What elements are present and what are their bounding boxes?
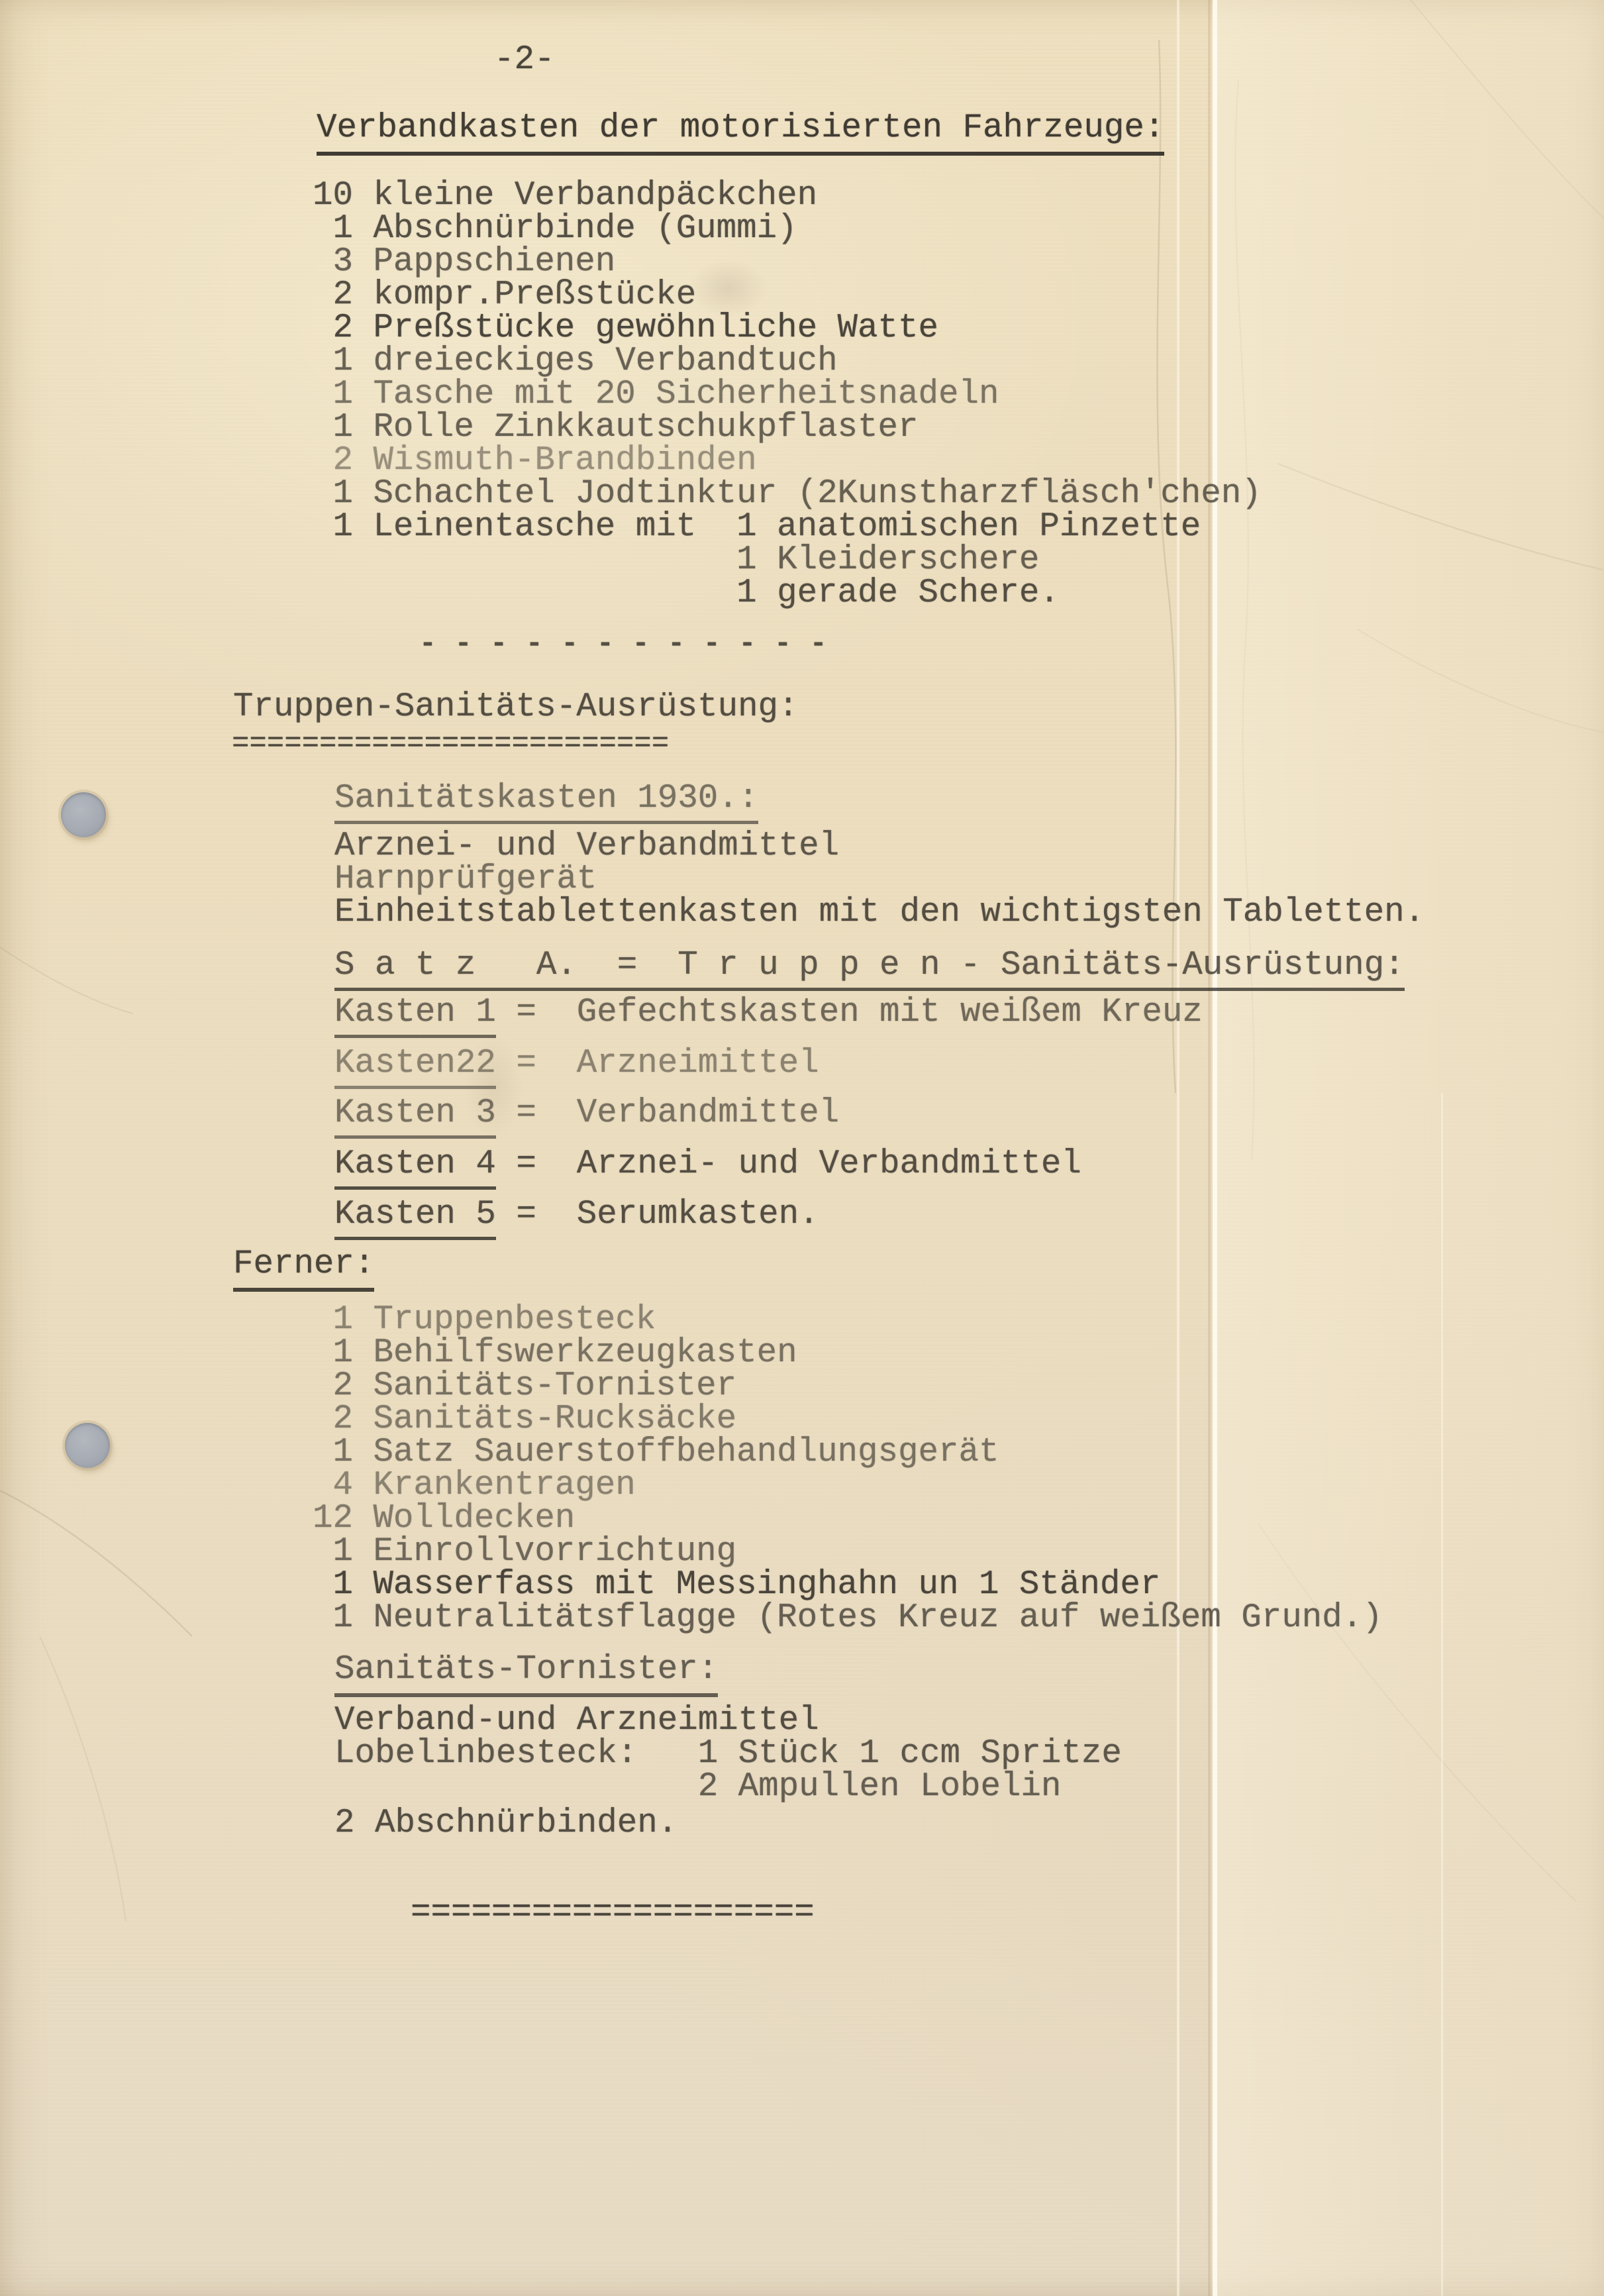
end-separator: ==================== bbox=[411, 1897, 815, 1930]
kasten-value: = Arznei- und Verbandmittel bbox=[496, 1145, 1081, 1183]
ferner-item: 1 Behilfswerkzeugkasten bbox=[313, 1337, 797, 1371]
ferner-item: 1 Truppenbesteck bbox=[313, 1304, 656, 1337]
kit-item: 1 Abschnürbinde (Gummi) bbox=[313, 213, 797, 246]
page-number: -2- bbox=[494, 44, 554, 78]
kasten-row: Kasten 3 = Verbandmittel bbox=[334, 1097, 839, 1139]
double-rule: ========================= bbox=[232, 729, 669, 758]
hole-punch-bottom bbox=[65, 1423, 110, 1468]
ferner-item: 12 Wolldecken bbox=[313, 1502, 575, 1536]
kit-item: 1 gerade Schere. bbox=[313, 577, 1060, 611]
vertical-fold-shadow bbox=[1208, 0, 1211, 2296]
ferner-item: 2 Sanitäts-Tornister bbox=[313, 1370, 736, 1404]
ferner-item: 1 Neutralitätsflagge (Rotes Kreuz auf we… bbox=[313, 1602, 1383, 1636]
kit-item: 1 Rolle Zinkkautschukpflaster bbox=[313, 411, 919, 445]
kit-item: 3 Pappschienen bbox=[313, 246, 615, 280]
kasten-label: Kasten 4 bbox=[334, 1148, 496, 1190]
kasten-row: Kasten 5 = Serumkasten. bbox=[334, 1198, 819, 1240]
kit-item: 2 Wismuth-Brandbinden bbox=[313, 444, 757, 478]
kasten-label: Kasten 3 bbox=[334, 1097, 496, 1139]
scanned-document-page: -2- Verbandkasten der motorisierten Fahr… bbox=[0, 0, 1604, 2296]
section-heading-verbandkasten: Verbandkasten der motorisierten Fahrzeug… bbox=[317, 112, 1164, 156]
kasten-row: Kasten 4 = Arznei- und Verbandmittel bbox=[334, 1148, 1081, 1190]
subheading-ferner: Ferner: bbox=[233, 1248, 374, 1292]
fold-lightened-zone bbox=[1217, 0, 1604, 2296]
dashed-separator: - - - - - - - - - - - - bbox=[419, 629, 828, 658]
kit-item: 1 Kleiderschere bbox=[313, 544, 1039, 578]
kasten-row: Kasten 1 = Gefechtskasten mit weißem Kre… bbox=[334, 996, 1203, 1038]
ferner-item: 1 Einrollvorrichtung bbox=[313, 1536, 736, 1569]
kasten1930-item: Harnprüfgerät bbox=[334, 863, 597, 897]
vertical-crease-right bbox=[1441, 1093, 1443, 2296]
subheading-sanitaetskasten-1930: Sanitätskasten 1930.: bbox=[334, 782, 758, 824]
tornister-line: 2 Ampullen Lobelin bbox=[334, 1771, 1061, 1804]
kasten1930-item: Einheitstablettenkasten mit den wichtigs… bbox=[334, 896, 1425, 930]
kasten1930-item: Arznei- und Verbandmittel bbox=[334, 830, 839, 864]
heading-text: Verbandkasten der motorisierten Fahrzeug… bbox=[317, 112, 1164, 156]
kit-item: 1 Leinentasche mit 1 anatomischen Pinzet… bbox=[313, 511, 1201, 545]
subheading-sanitaets-tornister: Sanitäts-Tornister: bbox=[334, 1653, 718, 1697]
ferner-item: 2 Sanitäts-Rucksäcke bbox=[313, 1403, 736, 1437]
tornister-line: Lobelinbesteck: 1 Stück 1 ccm Spritze bbox=[334, 1738, 1122, 1771]
kasten-value: = Serumkasten. bbox=[496, 1196, 819, 1233]
kasten-row: Kasten22 = Arzneimittel bbox=[334, 1047, 819, 1089]
kit-item: 10 kleine Verbandpäckchen bbox=[313, 180, 817, 213]
tornister-line: 2 Abschnürbinden. bbox=[334, 1807, 677, 1841]
kasten-value: = Arzneimittel bbox=[496, 1045, 819, 1082]
hole-punch-top bbox=[61, 792, 106, 837]
ferner-item: 1 Satz Sauerstoffbehandlungsgerät bbox=[313, 1436, 999, 1470]
kit-item: 1 Tasche mit 20 Sicherheitsnadeln bbox=[313, 378, 999, 412]
subheading-satz-a: S a t z A. = T r u p p e n - Sanitäts-Au… bbox=[334, 949, 1405, 991]
vertical-fold-line-faint bbox=[1177, 0, 1179, 2296]
page-number-text: -2- bbox=[494, 41, 554, 79]
kasten-label: Kasten 1 bbox=[334, 996, 496, 1038]
tornister-line: Verband-und Arzneimittel bbox=[334, 1704, 819, 1738]
kasten-label: Kasten 5 bbox=[334, 1198, 496, 1240]
kit-item: 2 kompr.Preßstücke bbox=[313, 279, 696, 313]
kit-item: 1 dreieckiges Verbandtuch bbox=[313, 345, 838, 379]
ferner-item: 4 Krankentragen bbox=[313, 1469, 636, 1503]
kit-item: 2 Preßstücke gewöhnliche Watte bbox=[313, 312, 938, 346]
section-heading-truppen: Truppen-Sanitäts-Ausrüstung: bbox=[233, 691, 799, 725]
ferner-item: 1 Wasserfass mit Messinghahn un 1 Stände… bbox=[313, 1569, 1160, 1602]
vertical-fold-line bbox=[1213, 0, 1217, 2296]
kasten-label: Kasten22 bbox=[334, 1047, 496, 1089]
kit-item: 1 Schachtel Jodtinktur (2Kunstharzfläsch… bbox=[313, 478, 1262, 511]
kasten-value: = Gefechtskasten mit weißem Kreuz bbox=[496, 994, 1203, 1031]
kasten-value: = Verbandmittel bbox=[496, 1094, 839, 1132]
